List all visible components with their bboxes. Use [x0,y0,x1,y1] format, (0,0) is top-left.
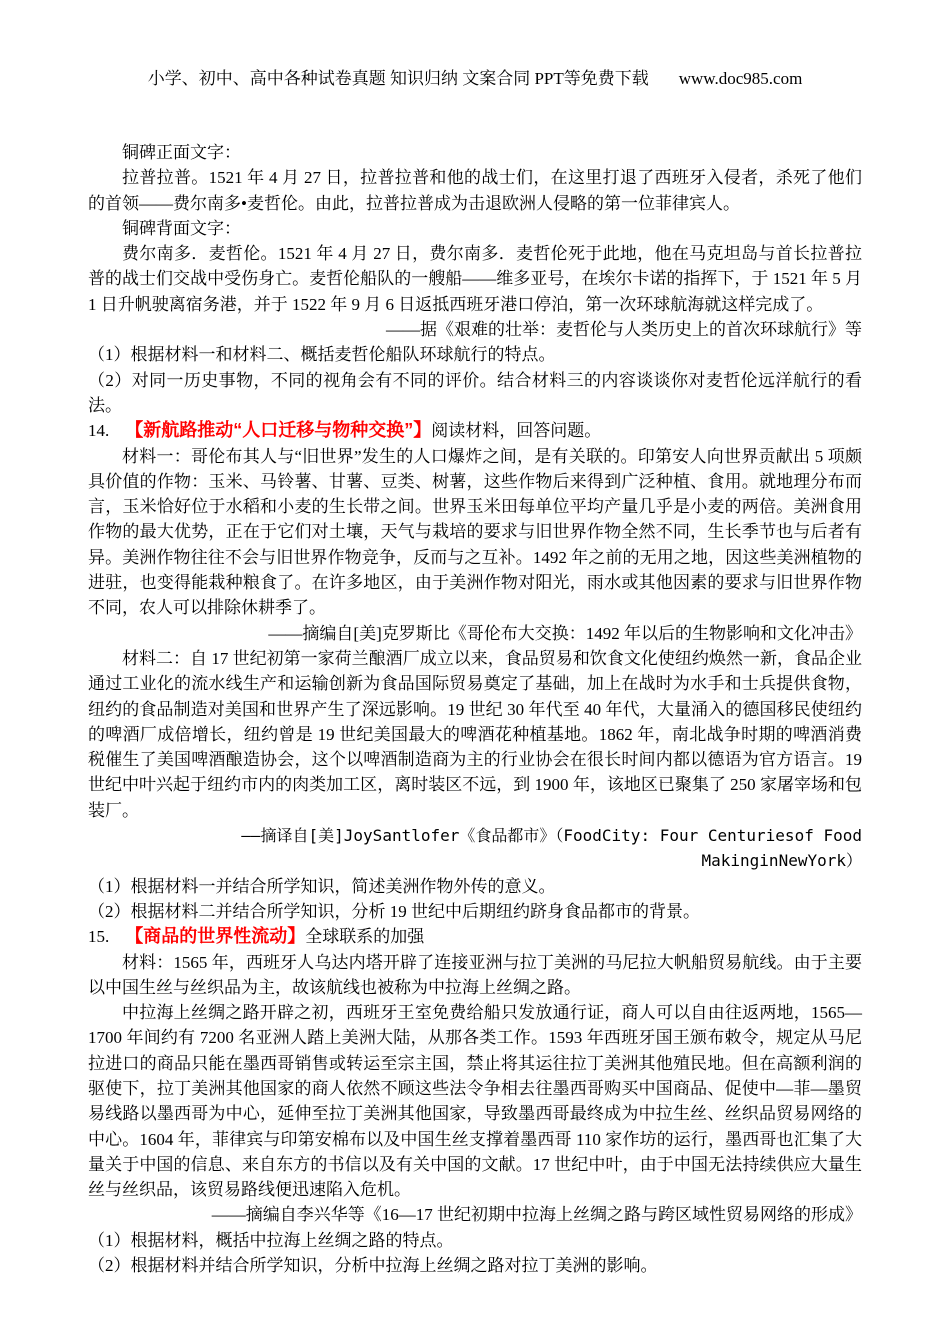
question-item-15-2: （2）根据材料并结合所学知识，分析中拉海上丝绸之路对拉丁美洲的影响。 [88,1253,862,1278]
paragraph-material-one: 材料一：哥伦布其人与“旧世界”发生的人口爆炸之间，是有关联的。印第安人向世界贡献… [88,444,862,621]
source-attribution-crosby: ——摘编自[美]克罗斯比《哥伦布大交换：1492 年以后的生物影响和文化冲击》 [88,621,862,646]
site-url: www.doc985.com [679,69,803,88]
question-heading-14: 14.【新航路推动“人口迁移与物种交换”】阅读材料，回答问题。 [88,418,862,443]
question-item-15-1: （1）根据材料，概括中拉海上丝绸之路的特点。 [88,1228,862,1253]
question-item-14-2: （2）根据材料二并结合所学知识，分析 19 世纪中后期纽约跻身食品都市的背景。 [88,899,862,924]
question-number-15: 15. [88,927,109,946]
paragraph-bronze-front-text: 拉普拉普。1521 年 4 月 27 日，拉普拉普和他的战士们，在这里打退了西班… [88,165,862,216]
question-item-13-2: （2）对同一历史事物，不同的视角会有不同的评价。结合材料三的内容谈谈你对麦哲伦远… [88,368,862,419]
document-page: 小学、初中、高中各种试卷真题 知识归纳 文案合同 PPT等免费下载www.doc… [0,0,950,1344]
paragraph-bronze-back-title: 铜碑背面文字： [88,216,862,241]
paragraph-material-galleon-1: 材料：1565 年，西班牙人乌达内塔开辟了连接亚洲与拉丁美洲的马尼拉大帆船贸易航… [88,950,862,1001]
document-body: 铜碑正面文字： 拉普拉普。1521 年 4 月 27 日，拉普拉普和他的战士们，… [88,140,862,1278]
page-header: 小学、初中、高中各种试卷真题 知识归纳 文案合同 PPT等免费下载www.doc… [0,64,950,89]
source-attribution-lixinghua: ——摘编自李兴华等《16—17 世纪初期中拉海上丝绸之路与跨区域性贸易网络的形成… [88,1202,862,1227]
source-attribution-santlofer-line1: ——摘译自[美]JoySantlofer《食品都市》（FoodCity: Fou… [88,823,862,848]
paragraph-material-two: 材料二：自 17 世纪初第一家荷兰酿酒厂成立以来，食品贸易和饮食文化使纽约焕然一… [88,646,862,823]
source-attribution-santlofer-line2: MakinginNewYork） [88,848,862,873]
promo-text: 小学、初中、高中各种试卷真题 知识归纳 文案合同 PPT等免费下载 [148,69,649,88]
question-heading-text-14: 阅读材料，回答问题。 [431,421,601,440]
source-attribution-magellan: ——据《艰难的壮举：麦哲伦与人类历史上的首次环球航行》等 [88,317,862,342]
question-heading-text-15: 全球联系的加强 [305,927,424,946]
paragraph-material-galleon-2: 中拉海上丝绸之路开辟之初，西班牙王室免费给船只发放通行证，商人可以自由往返两地，… [88,1000,862,1202]
question-item-14-1: （1）根据材料一并结合所学知识，简述美洲作物外传的意义。 [88,874,862,899]
paragraph-bronze-back-text: 费尔南多．麦哲伦。1521 年 4 月 27 日，费尔南多．麦哲伦死于此地，他在… [88,241,862,317]
question-item-13-1: （1）根据材料一和材料二、概括麦哲伦船队环球航行的特点。 [88,342,862,367]
question-heading-15: 15.【商品的世界性流动】全球联系的加强 [88,924,862,949]
question-number-14: 14. [88,421,109,440]
question-topic-label-14: 【新航路推动“人口迁移与物种交换”】 [125,420,431,440]
question-topic-label-15: 【商品的世界性流动】 [125,926,305,946]
paragraph-bronze-front-title: 铜碑正面文字： [88,140,862,165]
